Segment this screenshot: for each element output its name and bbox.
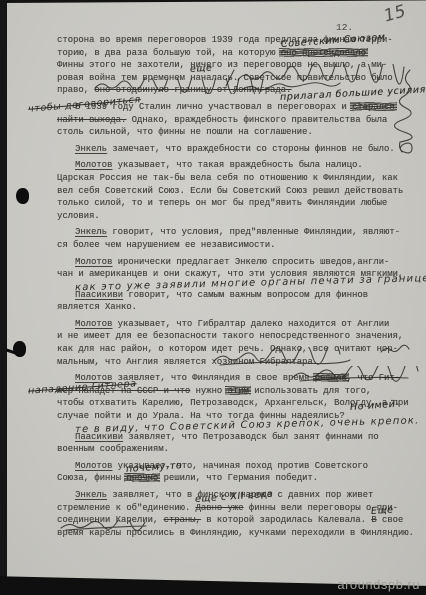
text-line: и не имеет для ее безопасности такого не…: [57, 330, 425, 343]
paragraph: Энкель говорит, что условия, пред"явленн…: [57, 226, 425, 251]
typed-text: условия.: [57, 211, 100, 221]
typed-text: время карелы просились в Финляндию, кучк…: [57, 528, 414, 538]
paragraph: Энкель заявляет, что в финском народе с …: [57, 489, 425, 539]
handwritten-note: прилагал большие усилия: [280, 92, 281, 105]
scanned-document-page: 15 12. сторона во время переговоров 1939…: [0, 0, 426, 595]
typed-text: , что: [347, 373, 379, 383]
speaker-name: Энкель: [75, 227, 107, 237]
paragraph: Энкель замечает, что враждебности со сто…: [57, 143, 425, 156]
watermark: aroundspb.ru: [337, 577, 420, 592]
typed-text: Союза, финны: [57, 473, 126, 483]
speaker-name: Молотов: [75, 319, 112, 329]
text-line: соединении Карелии, страны, в которой за…: [57, 514, 425, 527]
typed-text: торию, в два раза большую той, на котору…: [57, 48, 281, 58]
struck-text: прочно: [126, 473, 158, 483]
typed-text: Финны этого не захотели, ничего из перег…: [57, 60, 387, 70]
speaker-name: Молотов: [75, 257, 112, 267]
scan-edge-left: [0, 0, 7, 595]
typed-text: вел себя Советский Союз. Если бы Советск…: [57, 186, 403, 196]
typed-text: Однако, враждебность финского правительс…: [126, 115, 387, 125]
typed-text: является Ханко.: [57, 302, 137, 312]
struck-text: оно отодвинуло границу от Ленинграда.: [94, 85, 291, 95]
typed-text: нужно: [190, 386, 227, 396]
typed-text: стремление к об"единению.: [57, 503, 195, 513]
text-line: Молотов указывает, что такая враждебност…: [57, 159, 425, 172]
typed-text: замечает, что враждебности со стороны фи…: [107, 144, 395, 154]
text-line: Энкель замечает, что враждебности со сто…: [57, 143, 425, 156]
text-line: военным соображениям.: [57, 443, 425, 456]
text-line: ся более чем нарушением ее независимости…: [57, 239, 425, 252]
paragraph: Молотов указывает, что Гибралтар далеко …: [57, 318, 425, 368]
handwritten-corner-mark: 15: [382, 1, 408, 26]
text-line: Союза, финны почему-топрочно решили, что…: [57, 472, 425, 485]
text-line: вел себя Советский Союз. Если бы Советск…: [57, 185, 425, 198]
struck-text: найти выхода.: [57, 115, 126, 125]
typed-text: ся более чем нарушением ее независимости…: [57, 240, 275, 250]
typed-text: говорит, что условия, пред"явленные Финл…: [107, 227, 400, 237]
struck-text: решила: [315, 373, 347, 383]
hole-punch-dot: [13, 341, 26, 357]
text-line: Молотов указывает, что Гибралтар далеко …: [57, 318, 425, 331]
paragraph: Молотов указывает, что, начиная поход пр…: [57, 460, 425, 485]
scan-edge-top: [0, 0, 426, 3]
struck-text: страны,: [164, 515, 201, 525]
text-line: Энкель говорит, что условия, пред"явленн…: [57, 226, 425, 239]
text-line: торию, в два раза большую той, на котору…: [57, 47, 425, 60]
speaker-name: Энкель: [75, 490, 107, 500]
typed-text: соединении Карелии,: [57, 515, 164, 525]
handwritten-note: Но имей-: [349, 402, 350, 415]
typed-text: в которой зародилась Калевала.: [201, 515, 371, 525]
handwritten-note: еще с XII века: [195, 494, 196, 507]
text-line: как для нас район, о котором идет речь. …: [57, 343, 425, 356]
hole-punch-dot: [16, 188, 29, 204]
speaker-name: Энкель: [75, 144, 107, 154]
typed-text: Царская Россия не так-бы вела себя по от…: [57, 173, 398, 183]
struck-text: старался: [352, 102, 395, 112]
paragraph: Молотов иронически предлагает Энкелю спр…: [57, 256, 425, 290]
text-line: Молотов указывает, что, начиная поход пр…: [57, 460, 425, 473]
struck-text: оно претендовало: [281, 48, 366, 58]
typed-text: иронически предлагает Энкелю спросить шв…: [112, 257, 389, 267]
typed-body: сторона во время переговоров 1939 года п…: [57, 34, 425, 539]
handwritten-note: Еще: [371, 506, 372, 519]
typed-text: столь сильной, что финны не пошли на сог…: [57, 127, 313, 137]
speaker-name: Молотов: [75, 461, 112, 471]
struck-text: этим: [227, 386, 248, 396]
text-line: Финны этого не захотели, ничего из перег…: [57, 59, 425, 72]
paragraph: Молотов указывает, что такая враждебност…: [57, 159, 425, 222]
text-line: столь сильной, что финны не пошли на сог…: [57, 126, 425, 139]
text-line: найти выхода. Однако, враждебность финск…: [57, 114, 425, 127]
typed-text: и не имеет для ее безопасности такого не…: [57, 331, 403, 341]
struck-text: Гит-: [379, 373, 400, 383]
speaker-name: Молотов: [75, 160, 112, 170]
text-line: Царская Россия не так-бы вела себя по от…: [57, 172, 425, 185]
typed-text: началась. Советское правительство было: [190, 73, 392, 83]
text-line: ровая война тем временем ещеначалась. Со…: [57, 72, 425, 85]
typed-text: мальным, что Англия является хозяином Ги…: [57, 357, 318, 367]
typed-text: решили, что Германия победит.: [158, 473, 318, 483]
typed-text: заявляет, что Финляндия в свое время: [112, 373, 314, 383]
text-line: условия.: [57, 210, 425, 223]
typed-text: право,: [57, 85, 94, 95]
text-line: Молотов иронически предлагает Энкелю спр…: [57, 256, 425, 269]
text-line: является Ханко.: [57, 301, 425, 314]
text-line: мальным, что Англия является хозяином Ги…: [57, 356, 425, 369]
page-number: 12.: [336, 22, 353, 33]
typed-text: как для нас район, о котором идет речь. …: [57, 344, 398, 354]
typed-text: указывает, что такая враждебность была н…: [112, 160, 362, 170]
typed-text: использовать для того,: [249, 386, 372, 396]
handwritten-note: еще: [190, 64, 191, 77]
typed-text: только силой, то и теперь он мог бы пред…: [57, 198, 387, 208]
typed-text: свое: [377, 515, 404, 525]
text-line: время карелы просились в Финляндию, кучк…: [57, 527, 425, 540]
text-line: только силой, то и теперь он мог бы пред…: [57, 197, 425, 210]
typed-text: указывает, что Гибралтар далеко находитс…: [112, 319, 389, 329]
typed-text: военным соображениям.: [57, 444, 169, 454]
typed-text: ровая война тем временем: [57, 73, 190, 83]
